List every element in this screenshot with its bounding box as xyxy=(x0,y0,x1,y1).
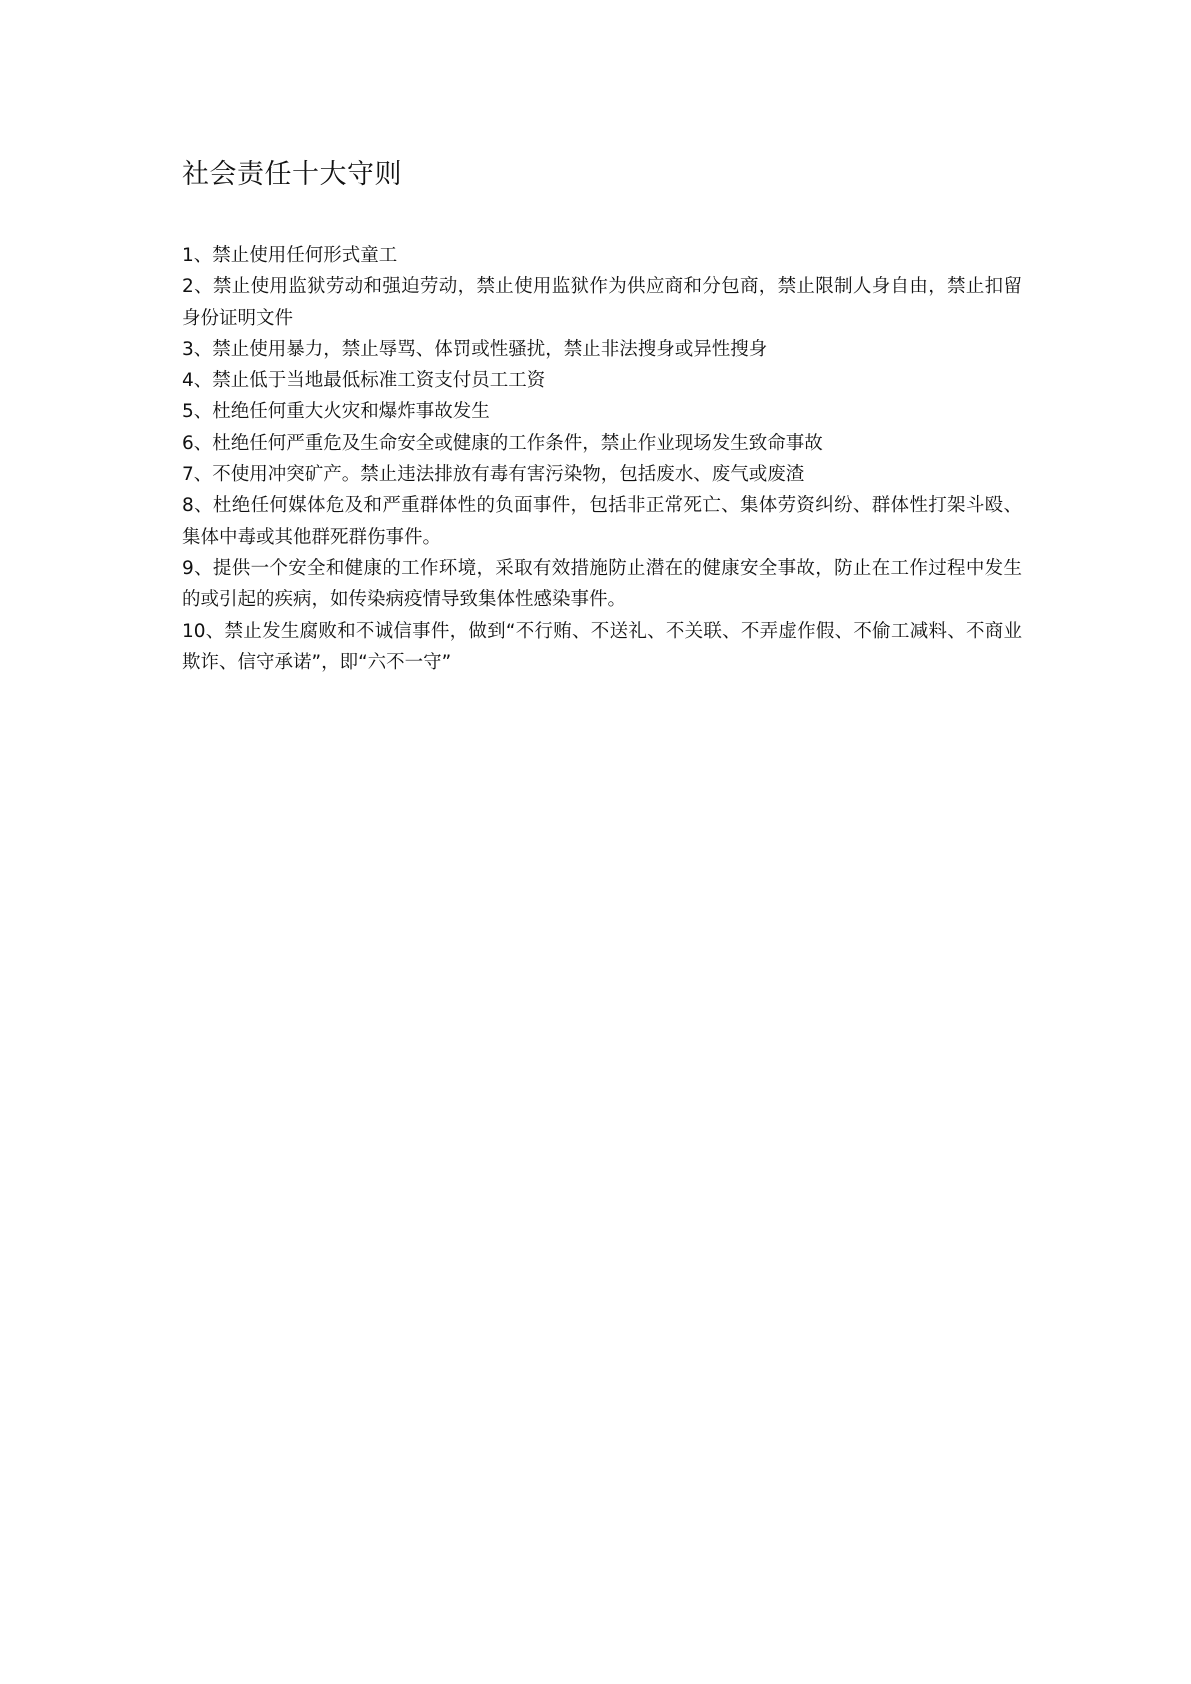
rule-item-8: 8、杜绝任何媒体危及和严重群体性的负面事件，包括非正常死亡、集体劳资纠纷、群体性… xyxy=(182,490,1022,553)
rule-item-3: 3、禁止使用暴力，禁止辱骂、体罚或性骚扰，禁止非法搜身或异性搜身 xyxy=(182,334,1022,365)
document-page: 社会责任十大守则 1、禁止使用任何形式童工 2、禁止使用监狱劳动和强迫劳动，禁止… xyxy=(0,0,1191,1684)
document-title: 社会责任十大守则 xyxy=(182,158,402,192)
rule-item-10: 10、禁止发生腐败和不诚信事件，做到“不行贿、不送礼、不关联、不弄虚作假、不偷工… xyxy=(182,616,1022,679)
rule-item-2: 2、禁止使用监狱劳动和强迫劳动，禁止使用监狱作为供应商和分包商，禁止限制人身自由… xyxy=(182,271,1022,334)
rule-item-5: 5、杜绝任何重大火灾和爆炸事故发生 xyxy=(182,396,1022,427)
rule-item-1: 1、禁止使用任何形式童工 xyxy=(182,240,1022,271)
rule-item-6: 6、杜绝任何严重危及生命安全或健康的工作条件，禁止作业现场发生致命事故 xyxy=(182,428,1022,459)
rule-item-4: 4、禁止低于当地最低标准工资支付员工工资 xyxy=(182,365,1022,396)
rule-item-7: 7、不使用冲突矿产。禁止违法排放有毒有害污染物，包括废水、废气或废渣 xyxy=(182,459,1022,490)
rule-item-9: 9、提供一个安全和健康的工作环境，采取有效措施防止潜在的健康安全事故，防止在工作… xyxy=(182,553,1022,616)
rules-list: 1、禁止使用任何形式童工 2、禁止使用监狱劳动和强迫劳动，禁止使用监狱作为供应商… xyxy=(182,240,1022,678)
